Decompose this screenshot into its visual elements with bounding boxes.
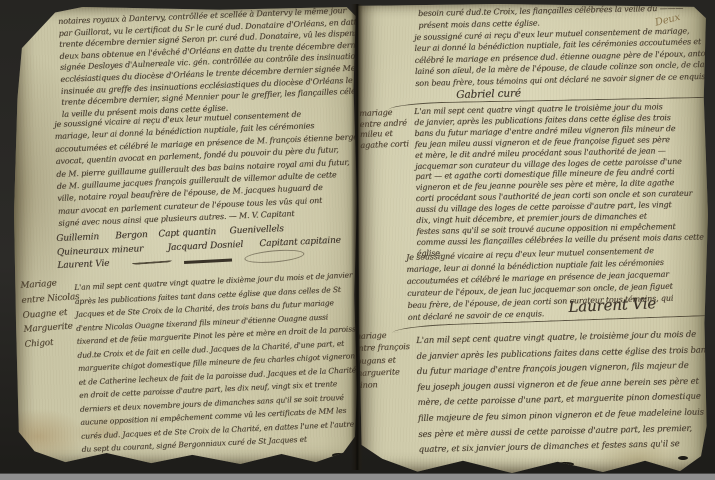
- signature-gabriel: Gabriel curé: [456, 87, 521, 101]
- marriage-record-mileu-corti: L'an mil sept cent quatre vingt quatre l…: [414, 101, 704, 259]
- ink-blot: [678, 456, 688, 460]
- scanned-register-spread: notaires royaux à Dantervy, contrôllée e…: [0, 0, 715, 480]
- right-reception-paragraph: je soussigné curé ai reçu d'eux leur mut…: [414, 24, 708, 89]
- left-record-continuation-text: notaires royaux à Dantervy, contrôllée e…: [58, 7, 357, 120]
- right-page: besoin curé dud.te Croix, les fiançaille…: [358, 4, 708, 473]
- signature-laurent-vie: Laurent Vie: [568, 294, 656, 316]
- margin-note-mileu-corti: mariageentre andrémileu etagathe corti: [359, 106, 409, 150]
- handwriting-line: agathe corti: [360, 138, 409, 150]
- marriage-record-ouagne-chigot: L'an mil sept cent quatre vingt quatre l…: [74, 268, 357, 456]
- left-reception-paragraph: je soussigné vicaire ai reçu d'eux leur …: [54, 106, 357, 230]
- handwriting-line: entre françois: [358, 340, 410, 354]
- handwriting-line: pinon: [358, 377, 411, 391]
- margin-note-jougen-pinon: mariageentre françoisjougans etmarguerit…: [358, 328, 411, 391]
- marriage-record-jougen-pinon: L'an mil sept cent quatre vingt quatre, …: [416, 327, 708, 458]
- binding-gutter: [351, 4, 363, 470]
- scanner-edge-strip: [0, 473, 715, 480]
- handwriting-line: Chigot: [24, 334, 83, 353]
- ink-blot: [332, 453, 348, 459]
- ink-blot: [554, 462, 574, 468]
- left-page: notaires royaux à Dantervy, contrôllée e…: [14, 7, 357, 464]
